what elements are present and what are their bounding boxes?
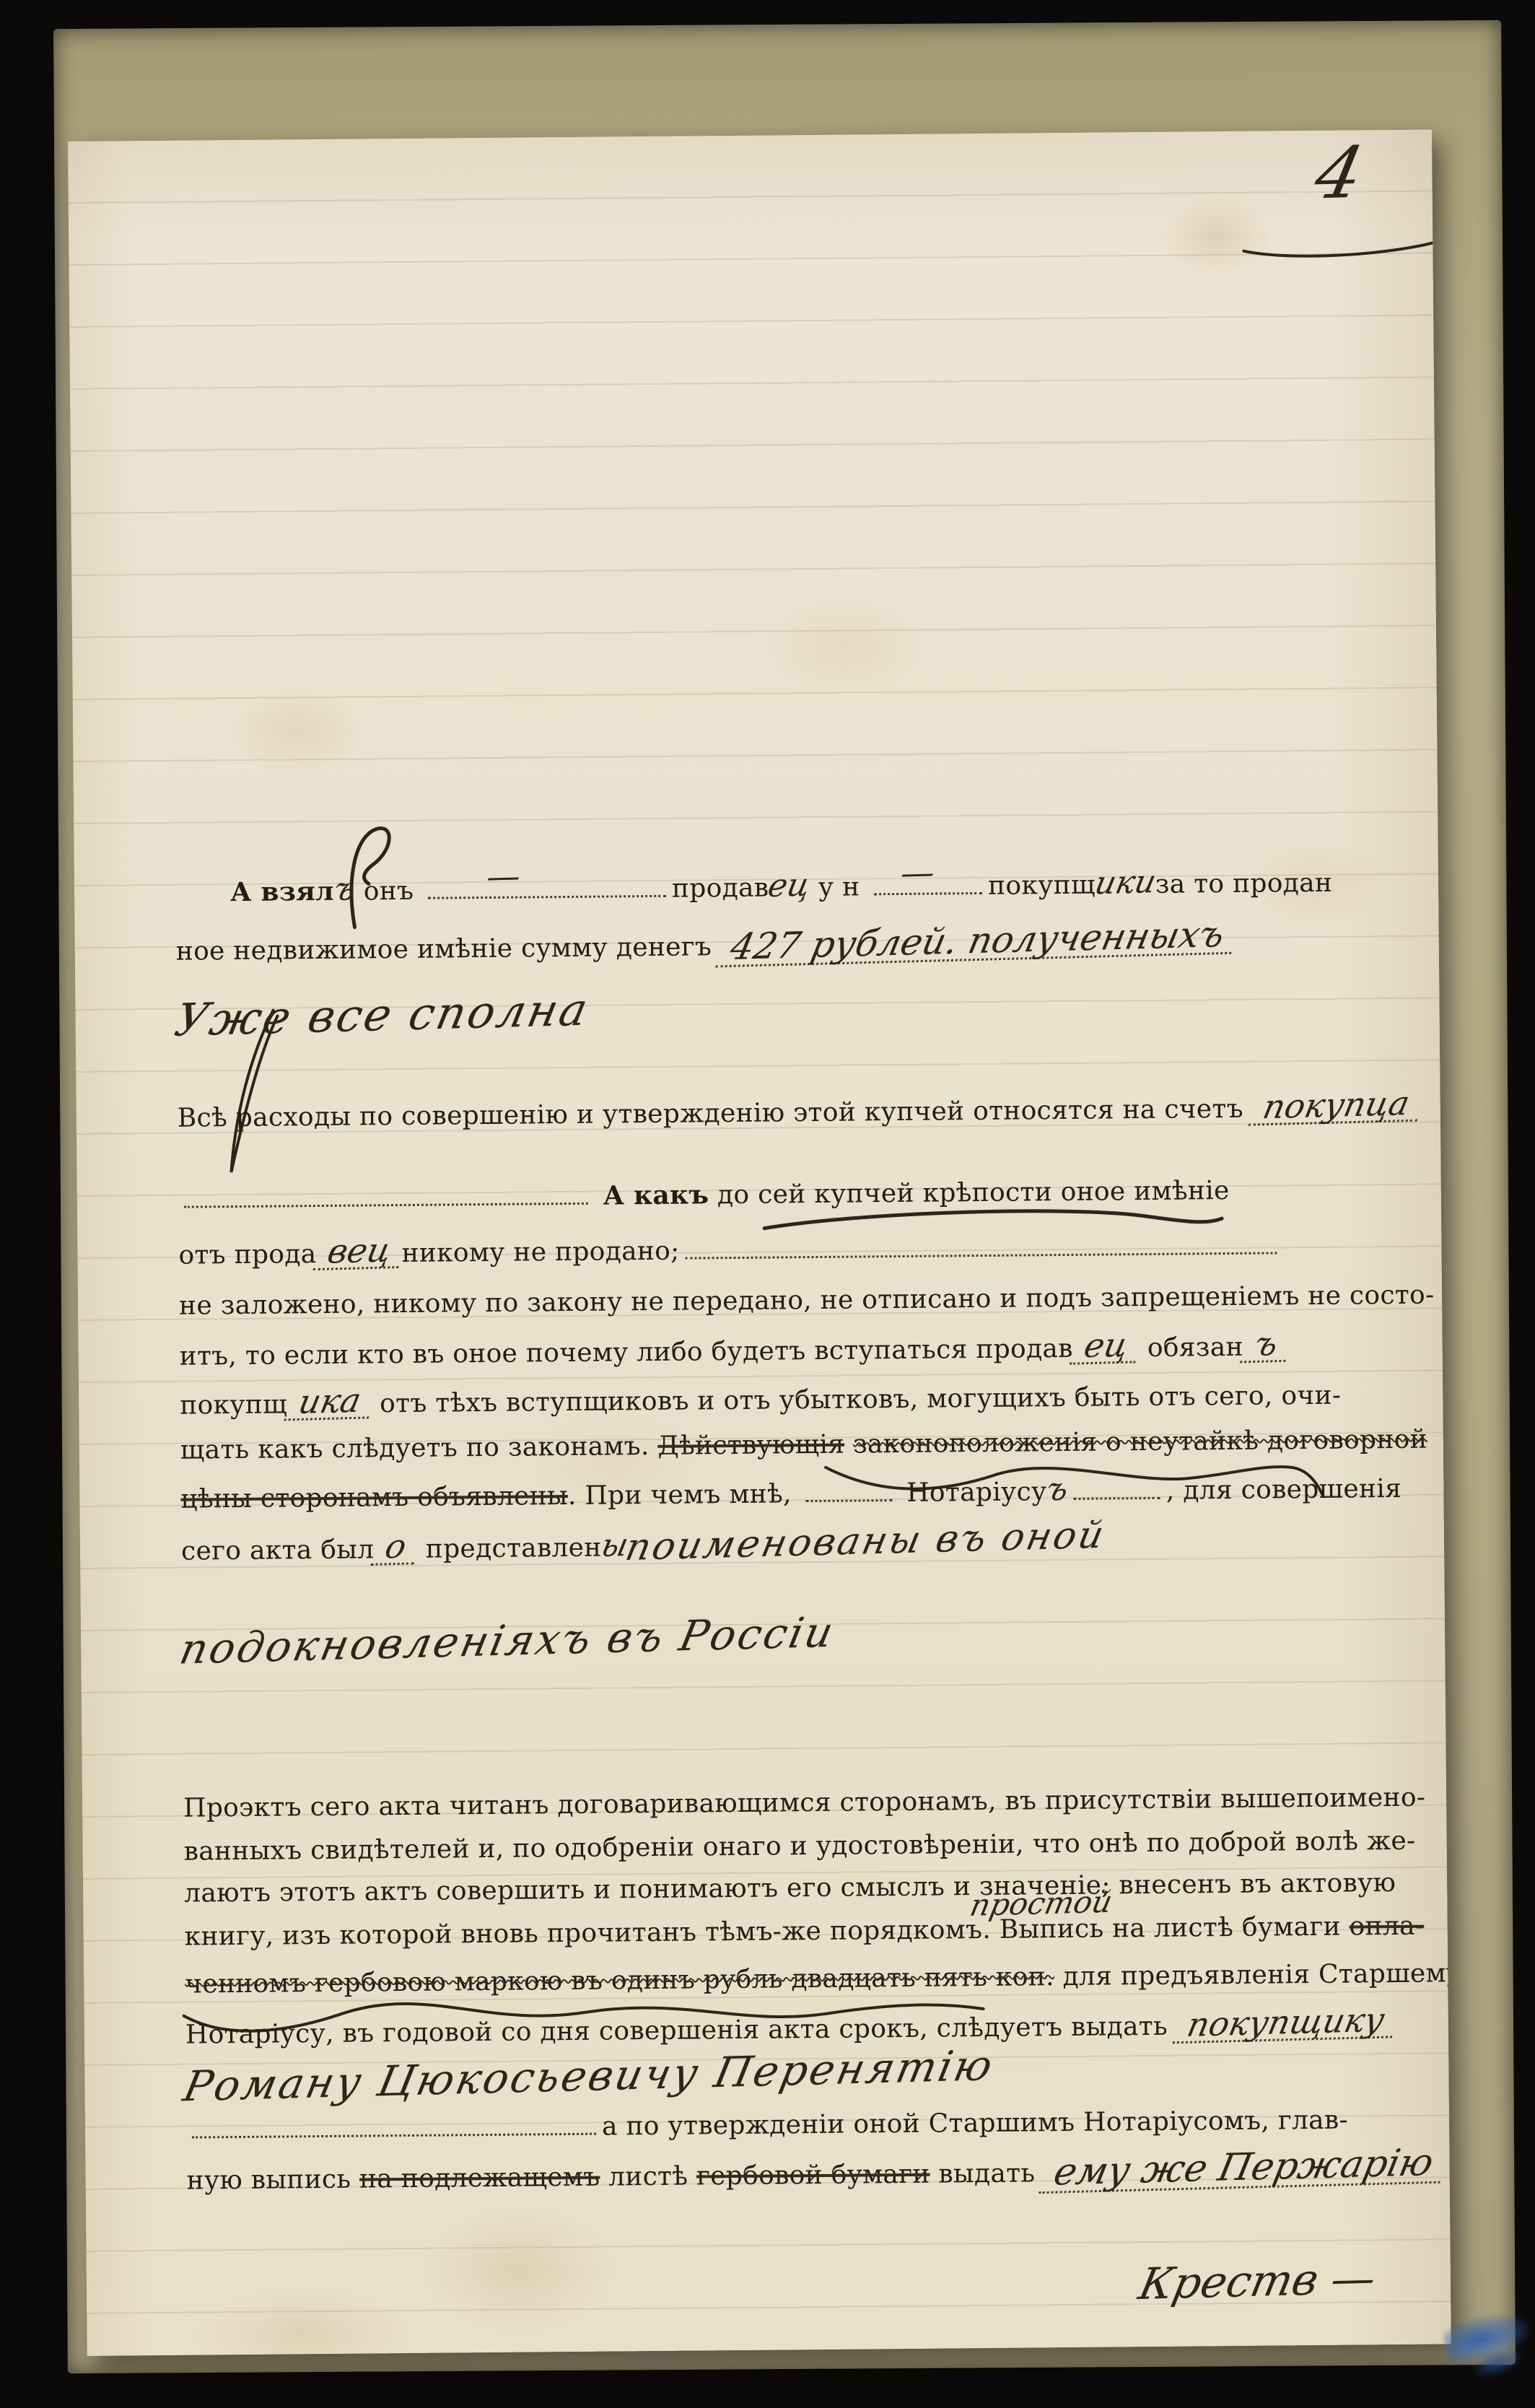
document-page: 4 А взялъ онъ —продавец у н —покупщикиза… [68,130,1451,2356]
document-line: не заложено, никому по закону не передан… [179,1281,1435,1329]
printed-text: опла- [1349,1911,1424,1942]
document-line: ное недвижимое имѣніе сумму денегъ 427 р… [176,922,1235,969]
printed-text: отъ прода [178,1239,316,1270]
handwritten-text: ец [766,871,813,901]
printed-text: покупщ [180,1390,287,1420]
printed-text: Дѣйствующія [657,1430,844,1461]
form-blank: — [428,889,666,899]
printed-text: Всѣ расходы по совершенію и утвержденію … [178,1094,1252,1133]
document-line: Роману Цюкосьевичу Перенятію [185,2054,992,2098]
printed-text: ванныхъ свидѣтелей и, по одобреніи онаго… [184,1826,1416,1867]
handwritten-text: ъ [1240,1329,1292,1364]
printed-text: ное недвижимое имѣніе сумму денегъ [176,932,720,967]
printed-text: . При чемъ мнѣ, [568,1479,800,1511]
document-line: итъ, то если кто въ оное почему либо буд… [179,1329,1288,1376]
handwritten-text: ему же Пержарію [1039,2146,1448,2194]
printed-text: выдать [930,2158,1044,2189]
printed-text: , для совершенія [1166,1474,1402,1506]
printed-text: представлен [417,1533,602,1564]
handwritten-text: покупца [1248,1089,1423,1127]
paper-stain [425,2209,613,2333]
printed-text: Проэктъ сего акта читанъ договаривающимс… [183,1783,1425,1823]
document-line: покупщика отъ тѣхъ вступщиковъ и отъ убы… [180,1378,1341,1426]
document-line: ченномъ гербовою маркою въ одинъ рубль д… [185,1958,1451,2007]
form-blank [806,1493,893,1502]
handwritten-text: Уже все сполна [172,990,593,1041]
printed-text: за то продан [1155,868,1333,899]
printed-text: до сей купчей крѣпости оное имѣніе [709,1176,1230,1210]
document-line: Проэктъ сего акта читанъ договаривающимс… [183,1783,1426,1831]
handwritten-text: поименованы въ оной [623,1519,1108,1565]
document-line: сего акта было представлены поименованы … [181,1523,1105,1569]
document-line: ную выпись на подлежащемъ листѣ гербовой… [186,2149,1443,2197]
printed-text: листѣ [600,2162,696,2192]
printed-text: А взял [230,876,334,907]
handwritten-text: ъ [1044,1475,1071,1504]
document-line: подокновленіяхъ въ Россіи [182,1619,834,1662]
handwritten-text: подокновленіяхъ въ Россіи [177,1613,838,1668]
handwritten-text: простой [968,1888,1114,1919]
form-blank [192,2127,596,2139]
printed-text: книгу, изъ которой вновь прочитанъ тѣмъ-… [185,1912,1350,1952]
handwritten-text: покупщику [1172,2005,1399,2043]
printed-text: онъ [355,876,422,907]
document-line: книгу, изъ которой вновь прочитанъ тѣмъ-… [185,1911,1425,1960]
document-line: Уже все сполна [176,993,588,1034]
printed-text: для предъявленія Старшему [1054,1958,1451,1992]
form-blank [686,1246,1277,1259]
handwritten-text: ика [284,1385,375,1421]
printed-text: гербовой бумаги [696,2160,930,2191]
printed-text: на подлежащемъ [359,2163,600,2194]
handwritten-text: о [370,1531,420,1566]
page-number: 4 [1310,141,1368,206]
paper-stain [232,687,362,775]
printed-text: а по утвержденіи оной Старшимъ Нотаріусо… [602,2106,1348,2142]
printed-text: покупщ [988,871,1096,901]
photographed-document: 4 А взялъ онъ —продавец у н —покупщикиза… [0,0,1535,2408]
printed-text: ченномъ гербовою маркою въ одинъ рубль д… [185,1962,1054,1999]
paper-stain [195,2290,412,2356]
printed-text [844,1430,853,1460]
printed-text: отъ тѣхъ вступщиковъ и отъ убытковъ, мог… [371,1381,1341,1419]
printed-text: Нотаріусу [898,1477,1046,1508]
printed-text: сего акта был [181,1535,375,1566]
form-blank [1074,1491,1160,1500]
printed-text: лаютъ этотъ актъ совершить и понимаютъ е… [184,1868,1396,1908]
document-line: щать какъ слѣдуетъ по законамъ. Дѣйствую… [180,1425,1428,1473]
handwritten-text: ики [1093,868,1158,898]
handwritten-dash: — [484,861,524,892]
printed-text: А какъ [594,1179,709,1210]
handwritten-text: вец [312,1235,405,1271]
printed-text: ную выпись [186,2165,359,2196]
printed-text: обязан [1139,1332,1243,1363]
printed-text: законоположенія о неутайкѣ договорной [853,1425,1427,1460]
printed-text: не заложено, никому по закону не передан… [179,1281,1435,1321]
document-line: А взялъ онъ —продавец у н —покупщикиза т… [175,867,1333,915]
printed-text: цѣны сторонамъ объявлены [180,1481,568,1514]
printed-text: щать какъ слѣдуетъ по законамъ. [180,1431,658,1465]
document-line: А какъ до сей купчей крѣпости оное имѣні… [178,1175,1230,1222]
handwritten-text: 427 рублей. полученныхъ [715,918,1238,968]
handwritten-dash: — [898,858,937,889]
document-line: цѣны сторонамъ объявлены. При чемъ мнѣ, … [180,1473,1401,1521]
document-line: лаютъ этотъ актъ совершить и понимаютъ е… [184,1868,1396,1916]
form-blank: — [874,886,982,895]
printed-text: Нотаріусу, въ годовой со дня совершенія … [185,2012,1176,2050]
document-line: а по утвержденіи оной Старшимъ Нотаріусо… [186,2106,1348,2153]
printed-text: у н [810,872,868,902]
document-line: Всѣ расходы по совершенію и утвержденію … [178,1090,1420,1138]
paper-stain [765,596,924,699]
page-number-underline-flourish [1239,230,1441,263]
handwritten-text: ъ [331,875,359,904]
handwritten-text: Креств — [1136,2259,1379,2304]
paper-stain [1158,196,1274,276]
document-line: ванныхъ свидѣтелей и, по одобреніи онаго… [184,1826,1416,1875]
printed-text: никому не продано; [401,1236,679,1268]
form-blank [184,1197,588,1208]
handwritten-text: Роману Цюкосьевичу Перенятію [180,2046,997,2106]
handwritten-text: ец [1070,1330,1142,1365]
printed-text: итъ, то если кто въ оное почему либо буд… [180,1334,1073,1371]
printed-text: продав [672,873,769,904]
document-line: отъ продавецникому не продано; [178,1228,1283,1275]
